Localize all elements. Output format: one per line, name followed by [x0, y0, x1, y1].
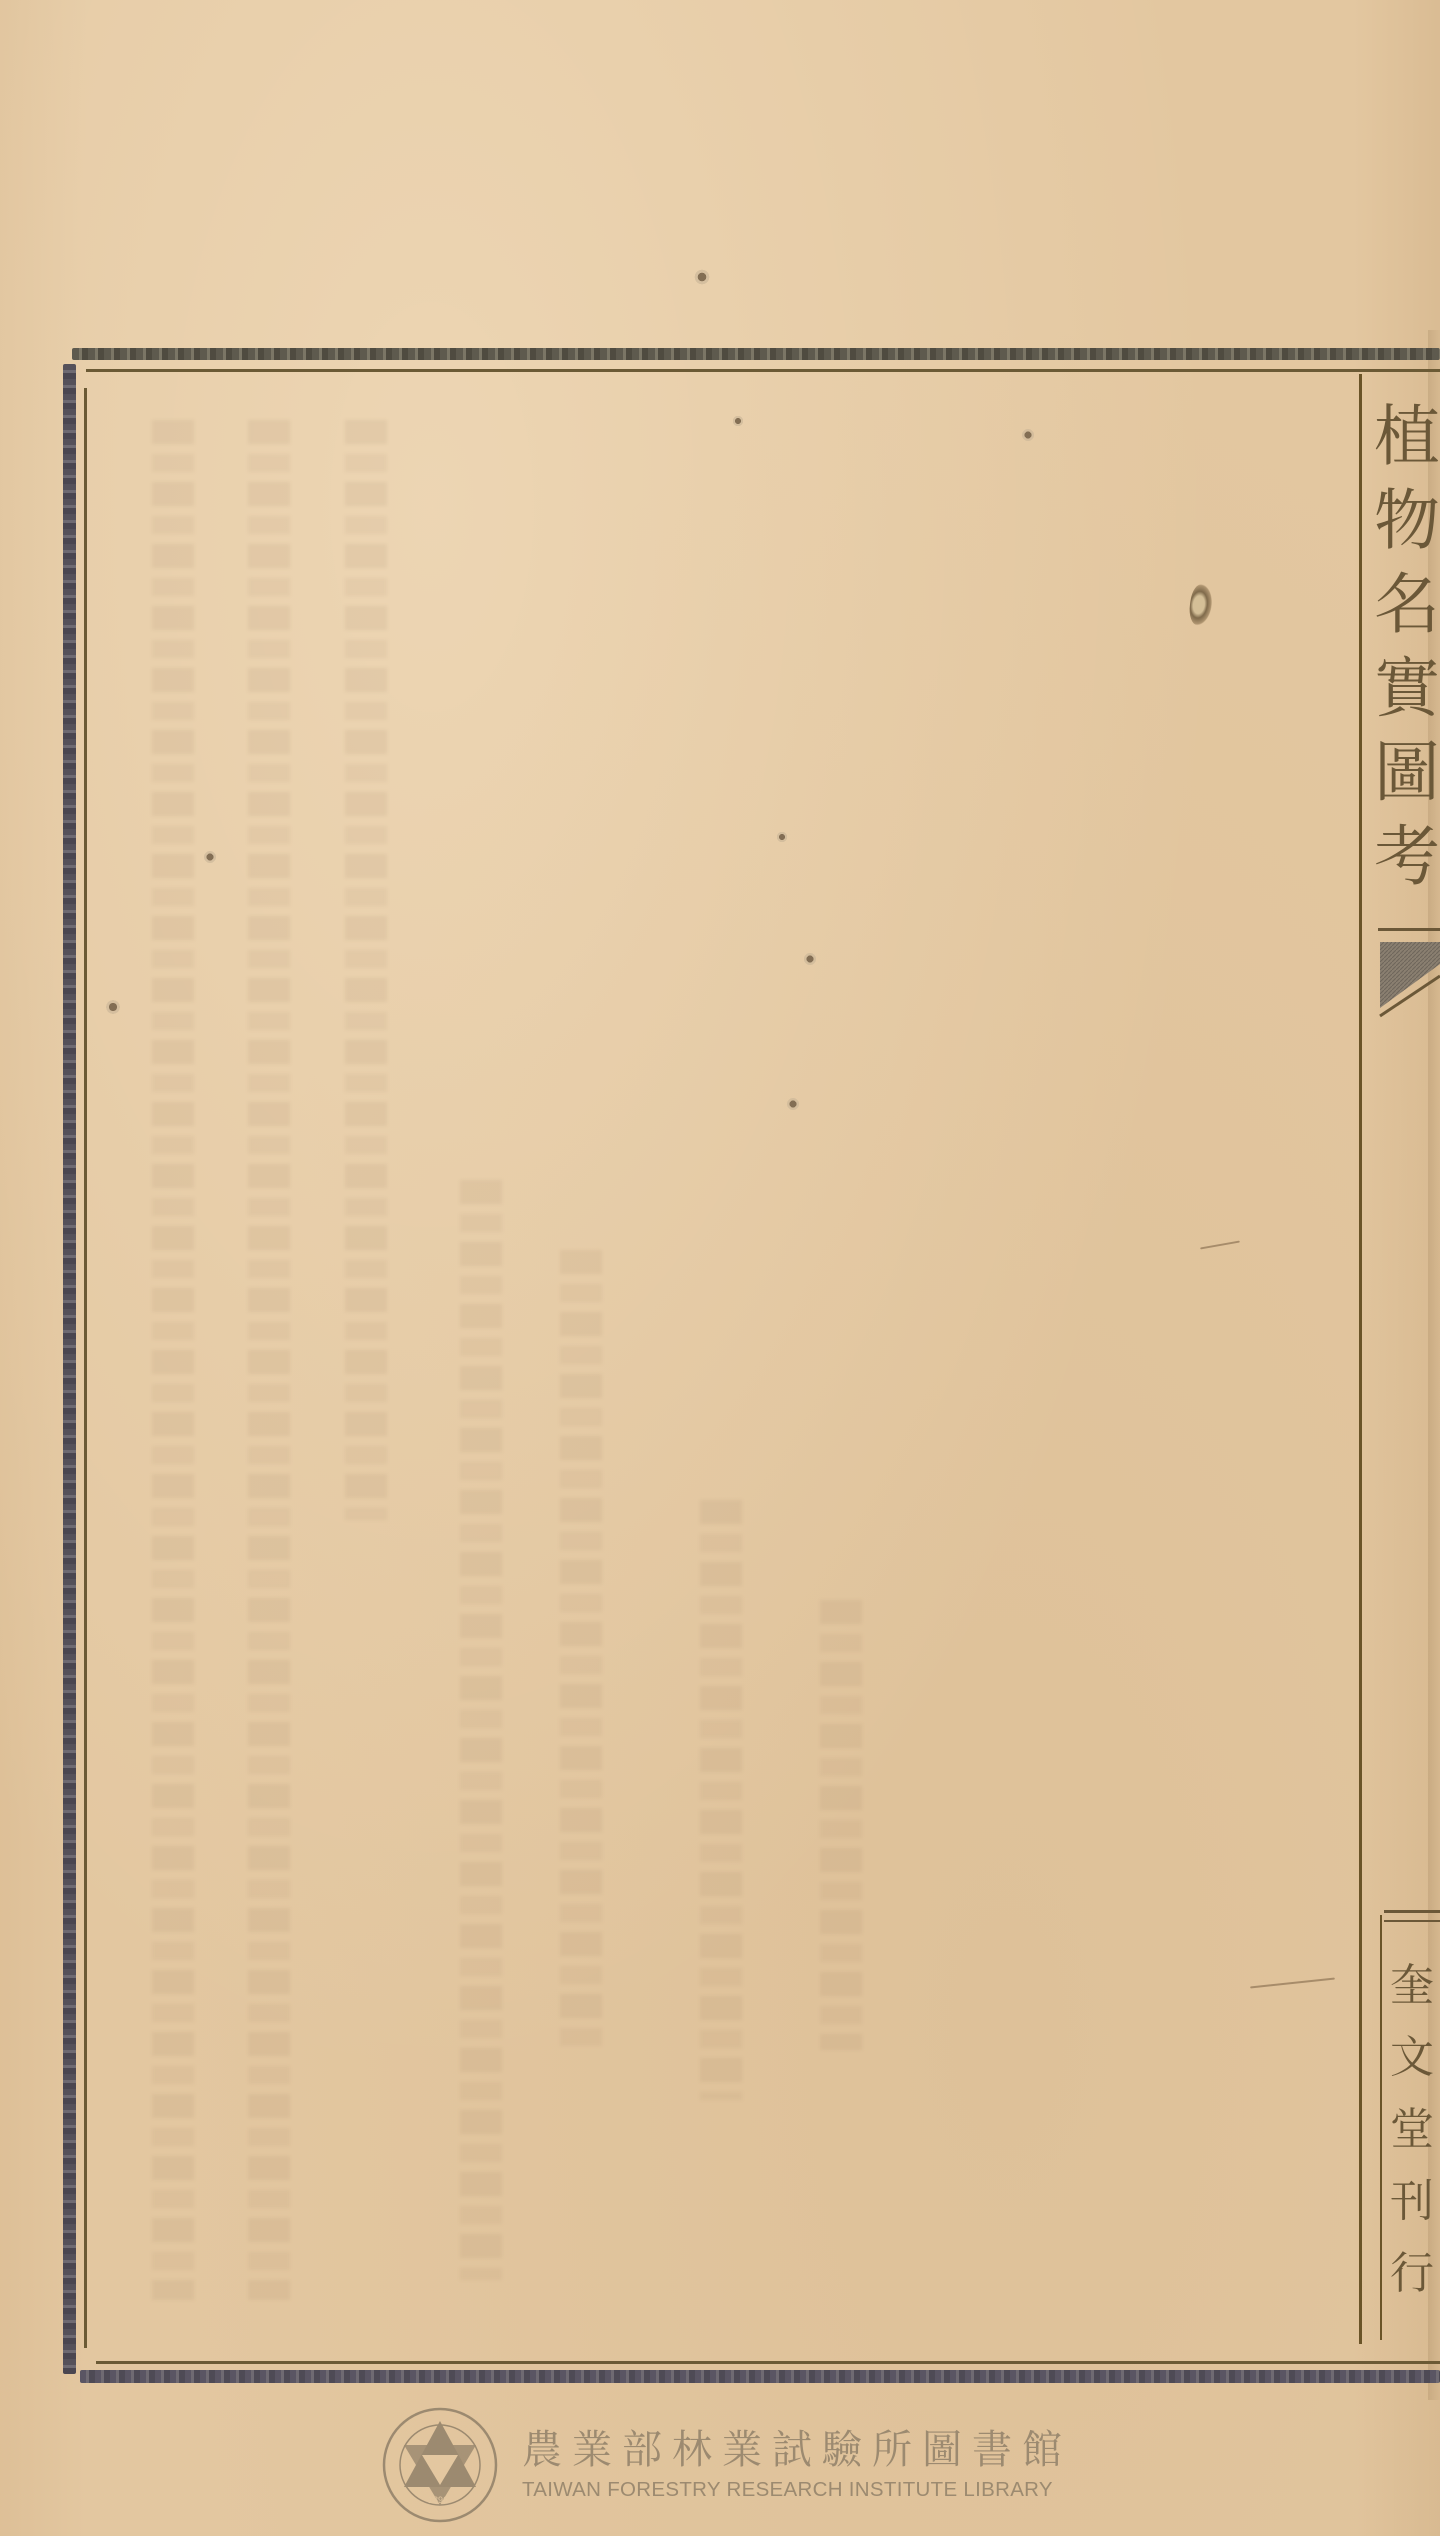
bleed-column — [460, 1180, 502, 2280]
bleed-column — [248, 420, 290, 2300]
paper-speck — [694, 268, 710, 286]
paper-blot — [1187, 583, 1215, 628]
inner-rule-bottom — [96, 2361, 1440, 2364]
outer-border-left — [63, 364, 76, 2374]
library-name-en: TAIWAN FORESTRY RESEARCH INSTITUTE LIBRA… — [522, 2475, 1072, 2505]
outer-border-bottom — [80, 2370, 1440, 2383]
library-watermark: 1896 農業部林業試驗所圖書館 TAIWAN FORESTRY RESEARC… — [380, 2405, 1080, 2525]
fishtail-rule — [1378, 928, 1440, 931]
imprint-rule — [1384, 1910, 1440, 1913]
imprint-char: 行 — [1390, 2238, 1440, 2310]
library-seal-icon: 1896 — [380, 2405, 500, 2525]
bleed-column — [560, 1250, 602, 2050]
bleed-column — [700, 1500, 742, 2100]
bleed-column — [152, 420, 194, 2300]
title-char: 實 — [1374, 647, 1440, 731]
bleed-column — [820, 1600, 862, 2050]
fold-column-rule — [1359, 374, 1362, 2344]
imprint-char: 堂 — [1390, 2094, 1440, 2166]
paper-speck — [803, 952, 817, 966]
paper-speck — [203, 850, 217, 864]
outer-border-top — [72, 348, 1440, 360]
svg-text:1896: 1896 — [428, 2495, 448, 2505]
inner-rule-top — [86, 369, 1440, 372]
title-char: 物 — [1374, 479, 1440, 563]
imprint-char: 文 — [1390, 2022, 1440, 2094]
library-name-zh: 農業部林業試驗所圖書館 — [522, 2425, 1072, 2475]
title-char: 植 — [1374, 395, 1440, 479]
paper-speck — [732, 415, 744, 427]
fold-book-title: 植 物 名 實 圖 考 — [1368, 395, 1440, 935]
paper-scratch — [1250, 1978, 1335, 1989]
publisher-imprint: 奎 文 堂 刊 行 — [1390, 1950, 1440, 2310]
bleed-column — [345, 420, 387, 1520]
paper-speck — [786, 1097, 800, 1111]
imprint-column-rule — [1380, 1915, 1382, 2340]
title-char: 圖 — [1374, 731, 1440, 815]
inner-rule-left — [84, 388, 87, 2348]
paper-speck — [776, 831, 788, 843]
paper-scratch — [1200, 1241, 1240, 1250]
title-char: 名 — [1374, 563, 1440, 647]
imprint-char: 奎 — [1390, 1950, 1440, 2022]
fishtail-ornament-icon — [1376, 938, 1440, 1018]
paper-speck — [1021, 428, 1035, 442]
paper-speck — [105, 999, 121, 1015]
imprint-char: 刊 — [1390, 2166, 1440, 2238]
imprint-rule — [1384, 1920, 1440, 1922]
title-char: 考 — [1374, 815, 1440, 899]
